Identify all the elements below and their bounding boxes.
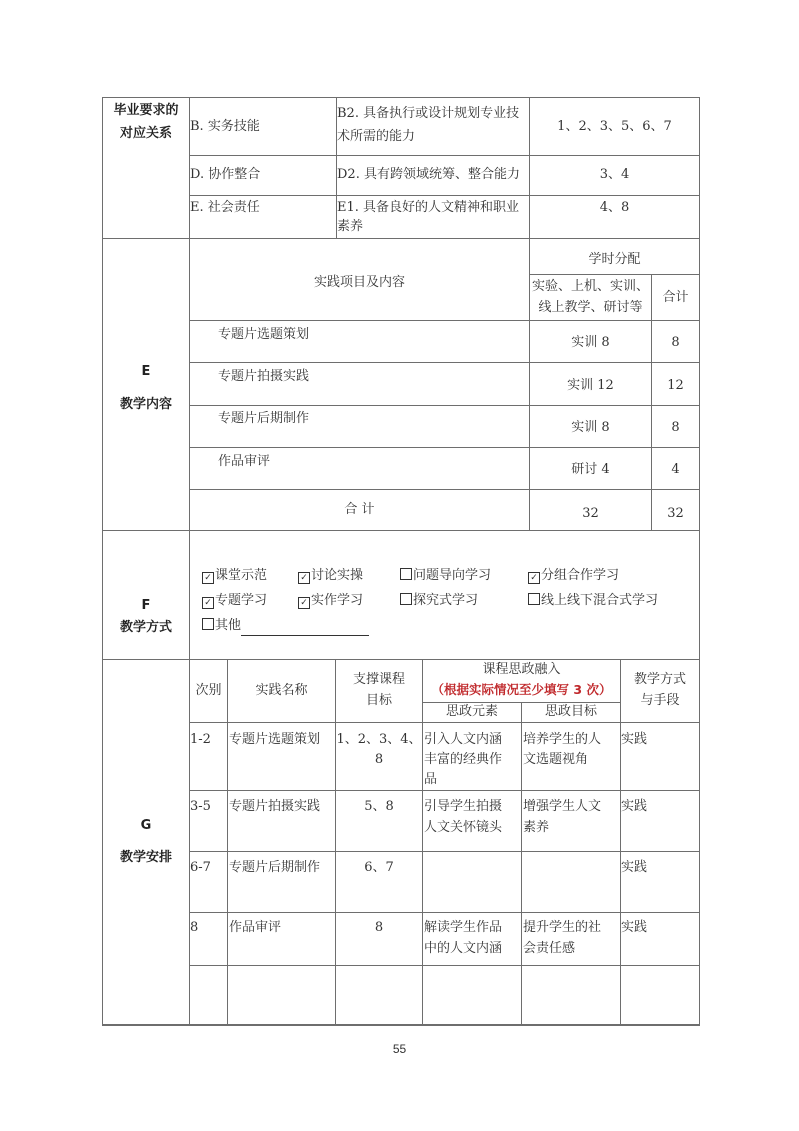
checkbox-checked-icon: ✓: [528, 572, 540, 584]
checkbox-label: 专题学习: [215, 593, 267, 608]
g-row-name: 专题片后期制作: [229, 858, 320, 878]
e-row-total: 8: [652, 418, 699, 438]
g-header-seq: 次别: [190, 681, 227, 701]
section-e-letter: E: [103, 362, 189, 382]
checkbox-topic-study[interactable]: ✓专题学习: [202, 591, 267, 611]
e-row-divider: [189, 405, 700, 406]
e-row-item: 专题片选题策划: [218, 325, 309, 345]
e-row-type: 研讨 4: [530, 460, 651, 480]
checkbox-checked-icon: ✓: [298, 572, 310, 584]
checkbox-other[interactable]: 其他: [202, 616, 369, 636]
g-row-goal: 文选题视角: [523, 750, 588, 770]
table-right-border: [699, 97, 700, 1026]
g-row-goal: 增强学生人文: [523, 797, 601, 817]
checkbox-discussion-practice[interactable]: ✓讨论实操: [298, 566, 363, 586]
checkbox-inquiry-study[interactable]: 探究式学习: [400, 591, 478, 611]
checkbox-label: 问题导向学习: [413, 568, 491, 583]
g-row-divider: [189, 851, 700, 852]
e-row-type: 实训 12: [530, 376, 651, 396]
g-header-name: 实践名称: [228, 681, 335, 701]
g-header-target: 目标: [336, 691, 422, 711]
checkbox-checked-icon: ✓: [202, 597, 214, 609]
checkbox-checked-icon: ✓: [298, 597, 310, 609]
label-column-divider: [189, 97, 190, 1026]
g-col-divider-target: [335, 659, 336, 1025]
g-row-target: 5、8: [336, 797, 422, 817]
g-row-target: 8: [336, 918, 422, 938]
g-header-method: 教学方式: [621, 670, 699, 690]
checkbox-label: 其他: [215, 618, 241, 633]
e-row-item: 专题片后期制作: [218, 409, 309, 429]
checkbox-problem-based[interactable]: 问题导向学习: [400, 566, 491, 586]
grad-targets: 3、4: [530, 165, 699, 185]
e-row-divider: [189, 489, 700, 490]
g-row-element: 人文关怀镜头: [424, 818, 502, 838]
g-row-divider: [189, 722, 700, 723]
table-bottom-border: [102, 1024, 700, 1026]
g-row-method: 实践: [621, 858, 647, 878]
e-row-divider: [189, 362, 700, 363]
grad-category: B. 实务技能: [190, 117, 260, 137]
checkbox-group-cooperation[interactable]: ✓分组合作学习: [528, 566, 619, 586]
checkbox-checked-icon: ✓: [202, 572, 214, 584]
checkbox-label: 课堂示范: [215, 568, 267, 583]
table-left-border: [102, 97, 103, 1026]
grad-label-line2: 对应关系: [103, 124, 189, 144]
checkbox-practical-study[interactable]: ✓实作学习: [298, 591, 363, 611]
e-header-type: 线上教学、研讨等: [530, 298, 651, 318]
page-number: 55: [0, 1042, 799, 1056]
section-g-letter: G: [103, 816, 189, 836]
g-row-element: 中的人文内涵: [424, 939, 502, 959]
checkbox-label: 探究式学习: [413, 593, 478, 608]
g-row-divider: [189, 790, 700, 791]
grad-targets: 1、2、3、5、6、7: [530, 117, 699, 137]
e-sum-total: 32: [652, 504, 699, 524]
grad-requirement: D2. 具有跨领域统筹、整合能力: [337, 165, 520, 185]
g-row-method: 实践: [621, 797, 647, 817]
g-row-seq: 6-7: [190, 858, 211, 878]
g-row-target: 1、2、3、4、: [336, 730, 422, 750]
grad-label-line1: 毕业要求的: [103, 101, 189, 121]
g-col-divider-method: [620, 659, 621, 1025]
checkbox-classroom-demo[interactable]: ✓课堂示范: [202, 566, 267, 586]
g-header-goal: 思政目标: [522, 702, 620, 722]
checkbox-label: 实作学习: [311, 593, 363, 608]
checkbox-unchecked-icon: [202, 618, 214, 630]
g-row-method: 实践: [621, 730, 647, 750]
e-row-item: 专题片拍摄实践: [218, 367, 309, 387]
e-row-type: 实训 8: [530, 418, 651, 438]
checkbox-unchecked-icon: [400, 568, 412, 580]
g-header-ideology-note: （根据实际情况至少填写 3 次）: [423, 680, 620, 700]
g-row-target: 6、7: [336, 858, 422, 878]
grad-category: E. 社会责任: [190, 198, 260, 218]
section-e-label: 教学内容: [103, 395, 189, 415]
grad-row-divider-2: [189, 195, 700, 196]
e-sum-type: 32: [530, 504, 651, 524]
e-header-total: 合计: [652, 288, 699, 308]
g-header-ideology: 课程思政融入: [423, 660, 620, 680]
g-row-name: 专题片拍摄实践: [229, 797, 320, 817]
checkbox-label: 线上线下混合式学习: [541, 593, 658, 608]
g-col-divider-goal: [521, 702, 522, 1025]
g-row-seq: 1-2: [190, 730, 211, 750]
e-row-total: 4: [652, 460, 699, 480]
table-top-border: [102, 97, 700, 98]
e-sum-label: 合 计: [190, 500, 529, 520]
checkbox-label: 分组合作学习: [541, 568, 619, 583]
g-row-element: 引导学生拍摄: [424, 797, 502, 817]
grad-requirement: B2. 具备执行或设计规划专业技: [337, 104, 519, 124]
checkbox-unchecked-icon: [528, 593, 540, 605]
g-header-method: 与手段: [621, 691, 699, 711]
g-row-seq: 3-5: [190, 797, 211, 817]
grad-requirement: 术所需的能力: [337, 127, 415, 147]
e-row-type: 实训 8: [530, 333, 651, 353]
document-page: 毕业要求的 对应关系 B. 实务技能 B2. 具备执行或设计规划专业技 术所需的…: [0, 0, 799, 1131]
e-col-divider-total: [651, 274, 652, 530]
g-header-element: 思政元素: [423, 702, 521, 722]
g-row-element: 解读学生作品: [424, 918, 502, 938]
g-row-divider: [189, 912, 700, 913]
e-row-item: 作品审评: [218, 452, 270, 472]
section-f-letter: F: [103, 596, 189, 616]
g-row-goal: 素养: [523, 818, 549, 838]
e-header-item: 实践项目及内容: [190, 273, 529, 293]
g-row-goal: 提升学生的社: [523, 918, 601, 938]
g-row-element: 品: [424, 770, 437, 790]
g-row-goal: 培养学生的人: [523, 730, 601, 750]
other-fill-blank[interactable]: [241, 621, 369, 636]
section-divider-grad-e: [102, 238, 700, 239]
grad-category: D. 协作整合: [190, 165, 260, 185]
g-row-method: 实践: [621, 918, 647, 938]
g-row-goal: 会责任感: [523, 939, 575, 959]
e-header-type: 实验、上机、实训、: [530, 277, 651, 297]
grad-requirement: E1. 具备良好的人文精神和职业: [337, 198, 519, 218]
grad-row-divider-1: [189, 155, 700, 156]
checkbox-unchecked-icon: [400, 593, 412, 605]
grad-targets: 4、8: [530, 198, 699, 218]
g-row-seq: 8: [190, 918, 198, 938]
g-row-name: 专题片选题策划: [229, 730, 320, 750]
grad-requirement: 素养: [337, 217, 363, 237]
e-row-divider: [189, 320, 700, 321]
e-row-total: 8: [652, 333, 699, 353]
g-row-target: 8: [336, 750, 422, 770]
checkbox-blended-learning[interactable]: 线上线下混合式学习: [528, 591, 658, 611]
section-divider-e-f: [102, 530, 700, 531]
e-row-total: 12: [652, 376, 699, 396]
checkbox-label: 讨论实操: [311, 568, 363, 583]
g-header-target: 支撑课程: [336, 670, 422, 690]
e-row-divider: [189, 447, 700, 448]
section-f-label: 教学方式: [103, 618, 189, 638]
g-row-name: 作品审评: [229, 918, 281, 938]
e-header-hours: 学时分配: [530, 250, 699, 270]
section-g-label: 教学安排: [103, 848, 189, 868]
g-row-element: 丰富的经典作: [424, 750, 502, 770]
e-hours-header-divider: [529, 274, 700, 275]
g-col-divider-name: [227, 659, 228, 1025]
g-row-element: 引入人文内涵: [424, 730, 502, 750]
g-row-divider: [189, 965, 700, 966]
